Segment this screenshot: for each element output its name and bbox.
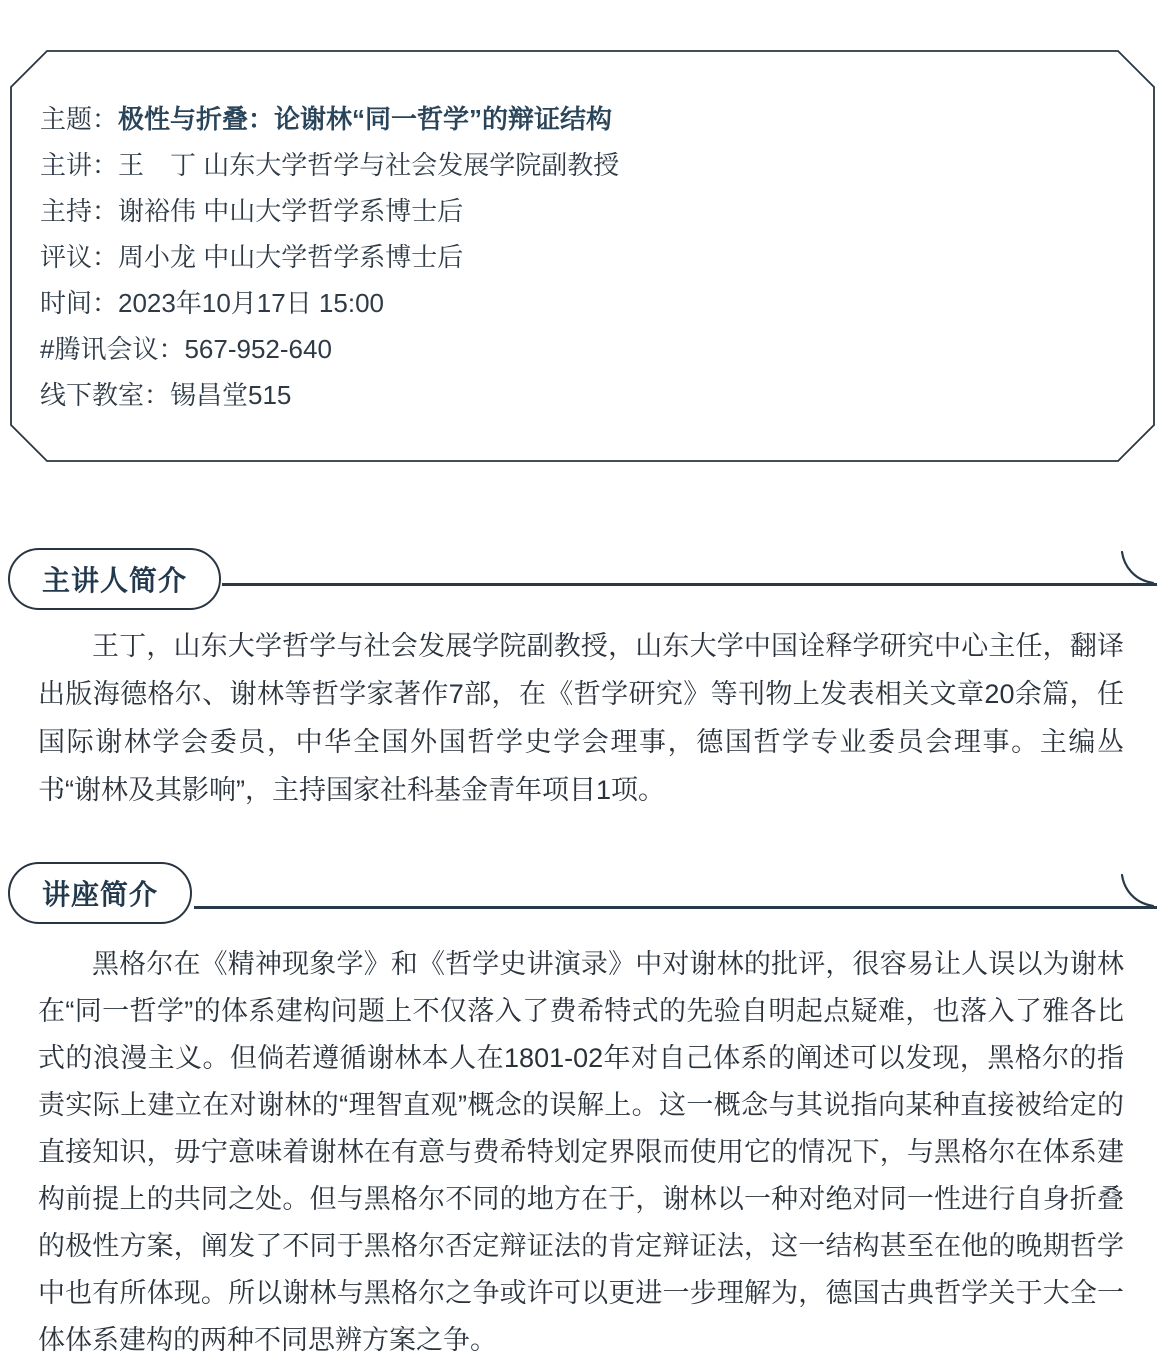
info-row-speaker: 主讲：王 丁 山东大学哲学与社会发展学院副教授 xyxy=(40,142,1131,188)
host-label: 主持： xyxy=(40,196,118,226)
classroom-label: 线下教室： xyxy=(40,380,170,410)
commentator-value: 周小龙 中山大学哲学系博士后 xyxy=(118,242,463,272)
section-rule xyxy=(194,906,1157,909)
time-value: 2023年10月17日 15:00 xyxy=(118,288,384,318)
section-title-lecture-intro: 讲座简介 xyxy=(8,862,192,924)
speaker-bio-paragraph: 王丁，山东大学哲学与社会发展学院副教授，山东大学中国诠释学研究中心主任，翻译出版… xyxy=(38,622,1124,814)
section-title-text: 主讲人简介 xyxy=(42,559,187,599)
time-label: 时间： xyxy=(40,288,118,318)
info-row-topic: 主题：极性与折叠：论谢林“同一哲学”的辩证结构 xyxy=(40,96,1131,142)
topic-label: 主题： xyxy=(40,104,118,134)
commentator-label: 评议： xyxy=(40,242,118,272)
info-row-classroom: 线下教室：锡昌堂515 xyxy=(40,372,1131,418)
info-rows: 主题：极性与折叠：论谢林“同一哲学”的辩证结构 主讲：王 丁 山东大学哲学与社会… xyxy=(40,96,1131,418)
info-row-time: 时间：2023年10月17日 15:00 xyxy=(40,280,1131,326)
meeting-label: #腾讯会议： xyxy=(40,334,184,364)
info-row-host: 主持：谢裕伟 中山大学哲学系博士后 xyxy=(40,188,1131,234)
curve-flourish-icon xyxy=(1119,550,1155,586)
lecture-poster: 主题：极性与折叠：论谢林“同一哲学”的辩证结构 主讲：王 丁 山东大学哲学与社会… xyxy=(0,0,1159,1356)
lecture-info-box: 主题：极性与折叠：论谢林“同一哲学”的辩证结构 主讲：王 丁 山东大学哲学与社会… xyxy=(10,50,1155,462)
lecture-abstract-paragraph: 黑格尔在《精神现象学》和《哲学史讲演录》中对谢林的批评，很容易让人误以为谢林在“… xyxy=(38,941,1124,1356)
meeting-id-value: 567-952-640 xyxy=(184,334,331,364)
section-title-text: 讲座简介 xyxy=(42,873,158,913)
info-row-meeting: #腾讯会议：567-952-640 xyxy=(40,326,1131,372)
topic-value: 极性与折叠：论谢林“同一哲学”的辩证结构 xyxy=(118,104,612,134)
speaker-label: 主讲： xyxy=(40,150,118,180)
info-row-commentator: 评议：周小龙 中山大学哲学系博士后 xyxy=(40,234,1131,280)
curve-flourish-icon xyxy=(1119,873,1155,909)
speaker-value: 王 丁 山东大学哲学与社会发展学院副教授 xyxy=(118,150,619,180)
classroom-value: 锡昌堂515 xyxy=(170,380,291,410)
host-value: 谢裕伟 中山大学哲学系博士后 xyxy=(118,196,463,226)
section-rule xyxy=(222,583,1157,586)
section-title-speaker-intro: 主讲人简介 xyxy=(8,548,221,610)
